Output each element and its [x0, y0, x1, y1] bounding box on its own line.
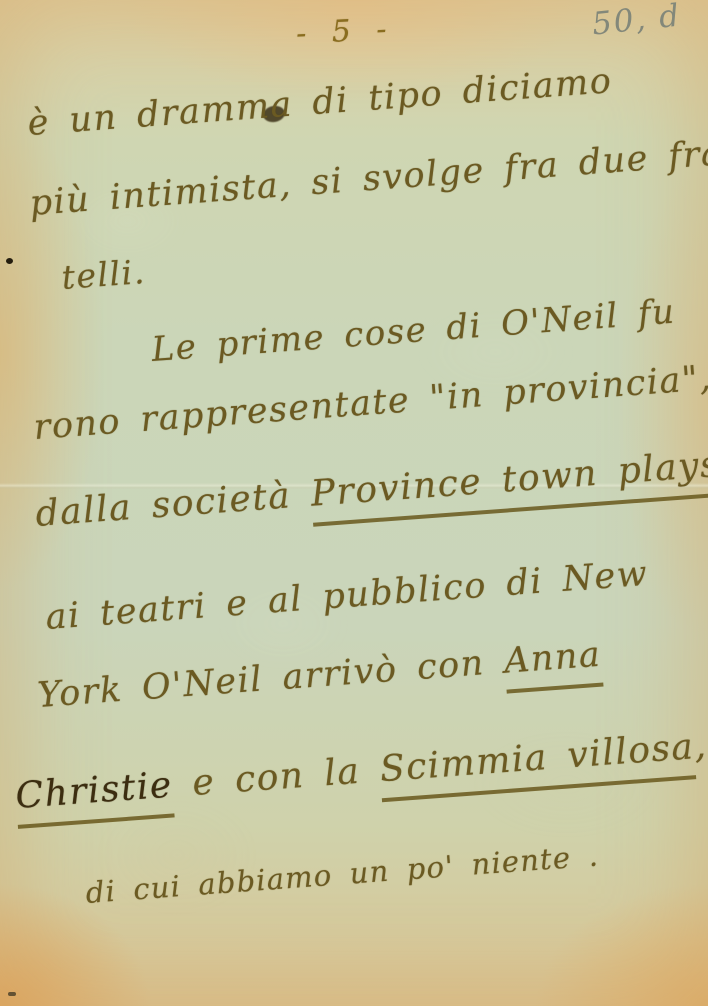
manuscript-page: - 5 - 50, d è un dramma di tipo diciamo … [0, 0, 708, 1006]
title-scimmia-villosa: Scimmia villosa [379, 726, 697, 802]
page-number: - 5 - [295, 11, 395, 51]
handwriting-segment: e con la [171, 749, 382, 805]
handwritten-line-7: ai teatri e al pubblico di New [44, 554, 649, 638]
handwriting-segment: York O'Neil arrivò con [36, 642, 505, 716]
handwritten-line-3: telli. [60, 252, 147, 297]
handwritten-line-8: York O'Neil arrivò con Anna [36, 635, 602, 716]
title-province-town-plays: Province town plays [309, 444, 708, 527]
handwritten-line-6: dalla società Province town plays [34, 444, 708, 535]
handwriting-segment: di cui abbiamo un po' niente . [85, 838, 601, 910]
handwritten-line-4: Le prime cose di O'Neil fu [150, 292, 677, 370]
handwriting-segment: è un dramma di tipo diciamo [26, 61, 613, 144]
ink-dot [6, 258, 13, 264]
handwritten-line-5: rono rappresentate "in provincia", [32, 358, 708, 448]
archive-pencil-note: 50, d [590, 0, 682, 43]
handwritten-line-9: Christie e con la Scimmia villosa, [14, 725, 708, 817]
handwriting-segment: Le prime cose di O'Neil fu [150, 292, 677, 370]
handwriting-segment: dalla società [34, 474, 312, 535]
title-christie: Christie [14, 765, 175, 829]
handwriting-segment: ai teatri e al pubblico di New [44, 554, 649, 638]
handwriting-segment: telli. [60, 252, 147, 297]
handwriting-segment: , [693, 725, 708, 767]
handwriting-segment: rono rappresentate "in provincia", [32, 358, 708, 448]
title-anna: Anna [503, 635, 604, 694]
paper-speck [8, 992, 16, 996]
handwritten-line-10: di cui abbiamo un po' niente . [85, 838, 601, 910]
handwriting-segment: più intimista, si svolge fra due fra [28, 133, 708, 224]
handwritten-line-1: è un dramma di tipo diciamo [26, 61, 613, 144]
handwritten-line-2: più intimista, si svolge fra due fra [28, 133, 708, 224]
